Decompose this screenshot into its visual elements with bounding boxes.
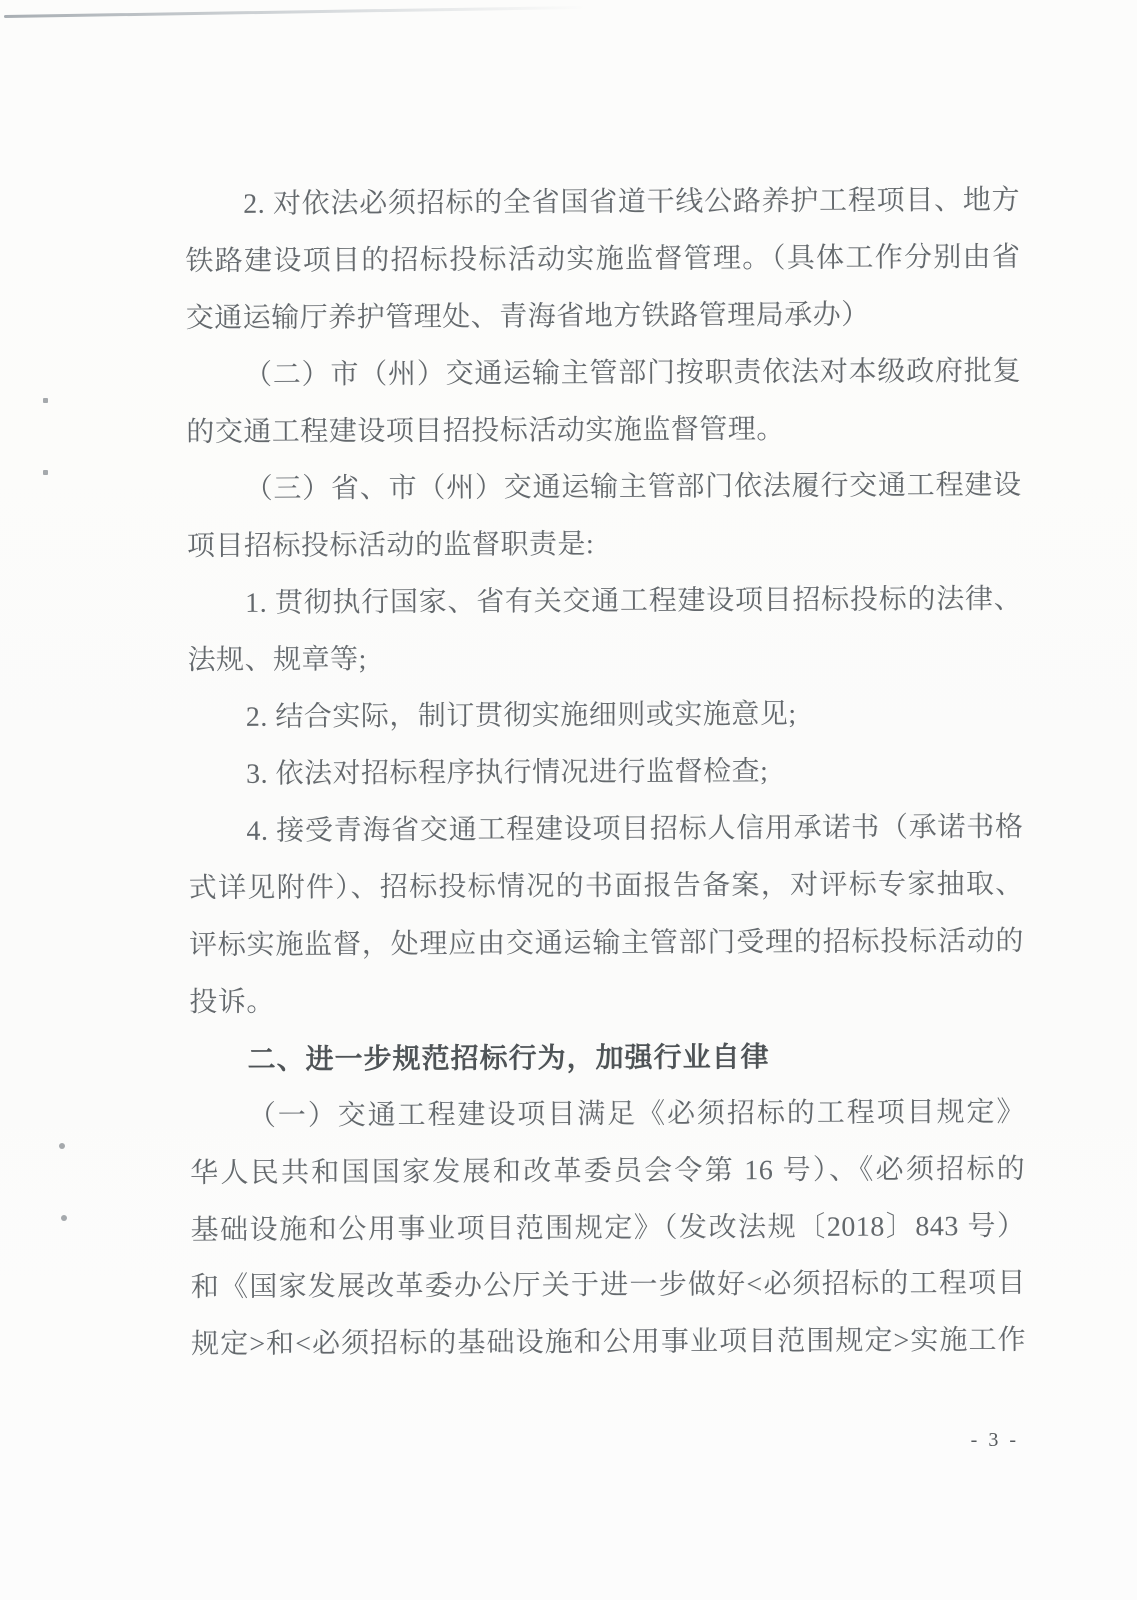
text-line: 交通运输厅养护管理处、青海省地方铁路管理局承办） bbox=[186, 286, 1021, 347]
text-line: 法规、规章等; bbox=[187, 628, 1022, 689]
text-line: （一）交通工程建设项目满足《必须招标的工程项目规定》（中 bbox=[190, 1084, 1025, 1145]
text-line: 4. 接受青海省交通工程建设项目招标人信用承诺书（承诺书格 bbox=[188, 799, 1023, 860]
text-line: 和《国家发展改革委办公厅关于进一步做好<必须招标的工程项目 bbox=[191, 1255, 1026, 1316]
scan-speckle bbox=[59, 1143, 65, 1149]
text-line: 评标实施监督，处理应由交通运输主管部门受理的招标投标活动的 bbox=[189, 913, 1024, 974]
text-line: 规定>和<必须招标的基础设施和公用事业项目范围规定>实施工作 bbox=[191, 1312, 1026, 1373]
text-line: （三）省、市（州）交通运输主管部门依法履行交通工程建设 bbox=[186, 457, 1021, 518]
text-line: 3. 依法对招标程序执行情况进行监督检查; bbox=[188, 742, 1023, 803]
scan-speckle bbox=[43, 398, 48, 403]
text-line: 2. 对依法必须招标的全省国省道干线公路养护工程项目、地方 bbox=[185, 172, 1020, 233]
document-body: 2. 对依法必须招标的全省国省道干线公路养护工程项目、地方 铁路建设项目的招标投… bbox=[185, 172, 1026, 1373]
page-number: - 3 - bbox=[971, 1428, 1019, 1452]
text-line: 基础设施和公用事业项目范围规定》（发改法规〔2018〕843 号） bbox=[190, 1198, 1025, 1259]
scanned-page: 2. 对依法必须招标的全省国省道干线公路养护工程项目、地方 铁路建设项目的招标投… bbox=[0, 0, 1137, 1600]
scan-speckle bbox=[61, 1215, 67, 1221]
text-line: 式详见附件）、招标投标情况的书面报告备案，对评标专家抽取、 bbox=[189, 856, 1024, 917]
scan-edge-line bbox=[4, 4, 714, 18]
section-heading: 二、进一步规范招标行为，加强行业自律 bbox=[189, 1027, 1024, 1088]
text-line: 铁路建设项目的招标投标活动实施监督管理。（具体工作分别由省 bbox=[185, 229, 1020, 290]
text-line: 2. 结合实际，制订贯彻实施细则或实施意见; bbox=[188, 685, 1023, 746]
text-line: （二）市（州）交通运输主管部门按职责依法对本级政府批复 bbox=[186, 343, 1021, 404]
text-line: 项目招标投标活动的监督职责是: bbox=[187, 514, 1022, 575]
text-line: 华人民共和国国家发展和改革委员会令第 16 号）、《必须招标的 bbox=[190, 1141, 1025, 1202]
scan-speckle bbox=[43, 470, 48, 475]
text-line: 1. 贯彻执行国家、省有关交通工程建设项目招标投标的法律、 bbox=[187, 571, 1022, 632]
text-line: 的交通工程建设项目招投标活动实施监督管理。 bbox=[186, 400, 1021, 461]
text-line: 投诉。 bbox=[189, 970, 1024, 1031]
